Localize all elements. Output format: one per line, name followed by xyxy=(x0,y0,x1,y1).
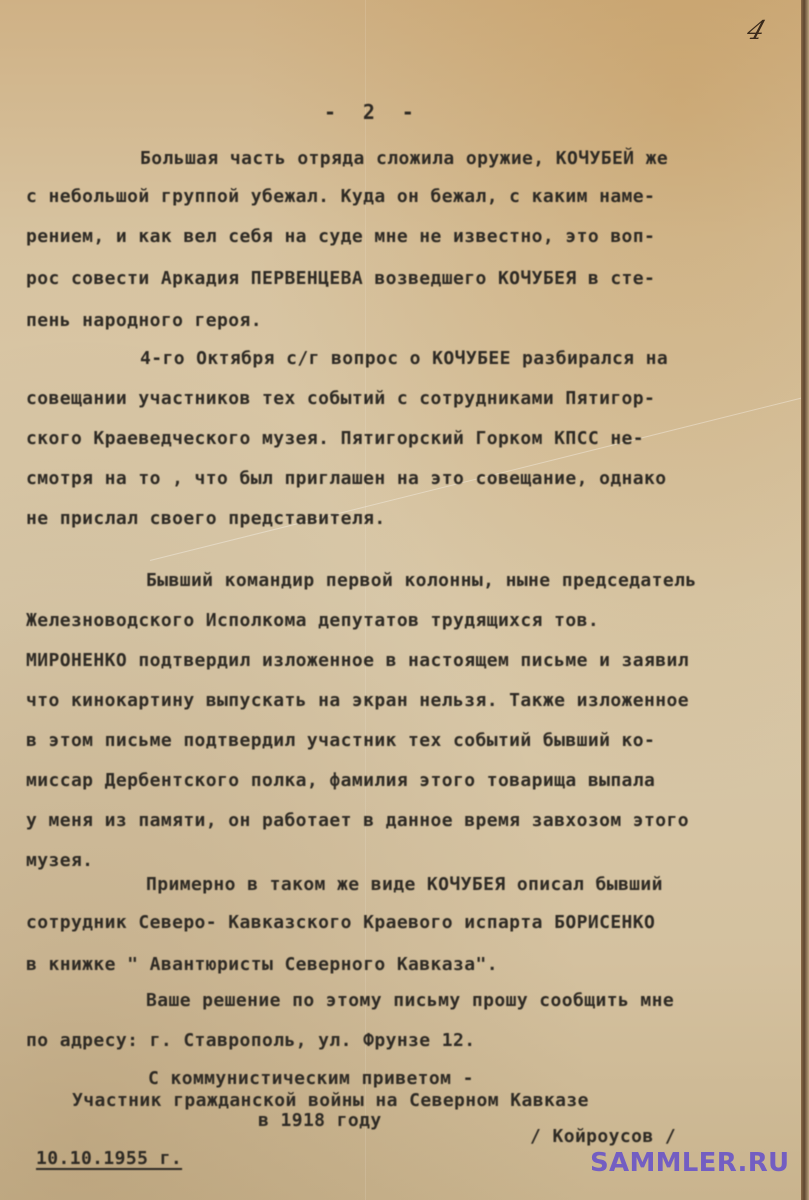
closing-greeting: С коммунистическим приветом - xyxy=(148,1070,474,1088)
text-line: МИРОНЕНКО подтвердил изложенное в настоя… xyxy=(26,652,689,670)
document-date: 10.10.1955 г. xyxy=(36,1150,182,1168)
text-line: в этом письме подтвердил участник тех со… xyxy=(26,732,655,750)
text-line: совещании участников тех событий с сотру… xyxy=(26,390,655,408)
text-line: смотря на то , что был приглашен на это … xyxy=(26,470,667,488)
text-line: Бывший командир первой колонны, ныне пре… xyxy=(146,572,697,590)
text-line: Большая часть отряда сложила оружие, КОЧ… xyxy=(140,150,668,168)
text-line: по адресу: г. Ставрополь, ул. Фрунзе 12. xyxy=(26,1032,475,1050)
paper-edge xyxy=(801,0,809,1200)
text-line: что кинокартину выпускать на экран нельз… xyxy=(26,692,689,710)
handwritten-page-mark: 4 xyxy=(743,16,769,46)
document-page: 4 - 2 - Большая часть отряда сложила ору… xyxy=(0,0,801,1200)
text-line: пень народного героя. xyxy=(26,312,262,330)
closing-title-line2: в 1918 году xyxy=(258,1112,382,1130)
text-line: миссар Дербентского полка, фамилия этого… xyxy=(26,772,655,790)
signature: / Койроусов / xyxy=(530,1128,676,1146)
text-line: не прислал своего представителя. xyxy=(26,510,386,528)
text-line: рением, и как вел себя на суде мне не из… xyxy=(26,228,655,246)
text-line: с небольшой группой убежал. Куда он бежа… xyxy=(26,188,655,206)
text-line: у меня из памяти, он работает в данное в… xyxy=(26,812,689,830)
text-line: музея. xyxy=(26,852,93,870)
watermark: SAMMLER.RU xyxy=(590,1148,789,1178)
page-number: - 2 - xyxy=(324,100,414,124)
text-line: сотрудник Северо- Кавказского Краевого и… xyxy=(26,914,655,932)
text-line: в книжке " Авантюристы Северного Кавказа… xyxy=(26,956,498,974)
text-line: 4-го Октября с/г вопрос о КОЧУБЕЕ разбир… xyxy=(140,350,668,368)
text-line: Ваше решение по этому письму прошу сообщ… xyxy=(146,992,674,1010)
paper-fold xyxy=(365,0,366,1200)
text-line: Примерно в таком же виде КОЧУБЕЯ описал … xyxy=(146,876,663,894)
text-line: рос совести Аркадия ПЕРВЕНЦЕВА возведшег… xyxy=(26,270,655,288)
text-line: Железноводского Исполкома депутатов труд… xyxy=(26,612,599,630)
closing-title-line1: Участник гражданской войны на Северном К… xyxy=(72,1092,589,1110)
text-line: ского Краеведческого музея. Пятигорский … xyxy=(26,430,644,448)
